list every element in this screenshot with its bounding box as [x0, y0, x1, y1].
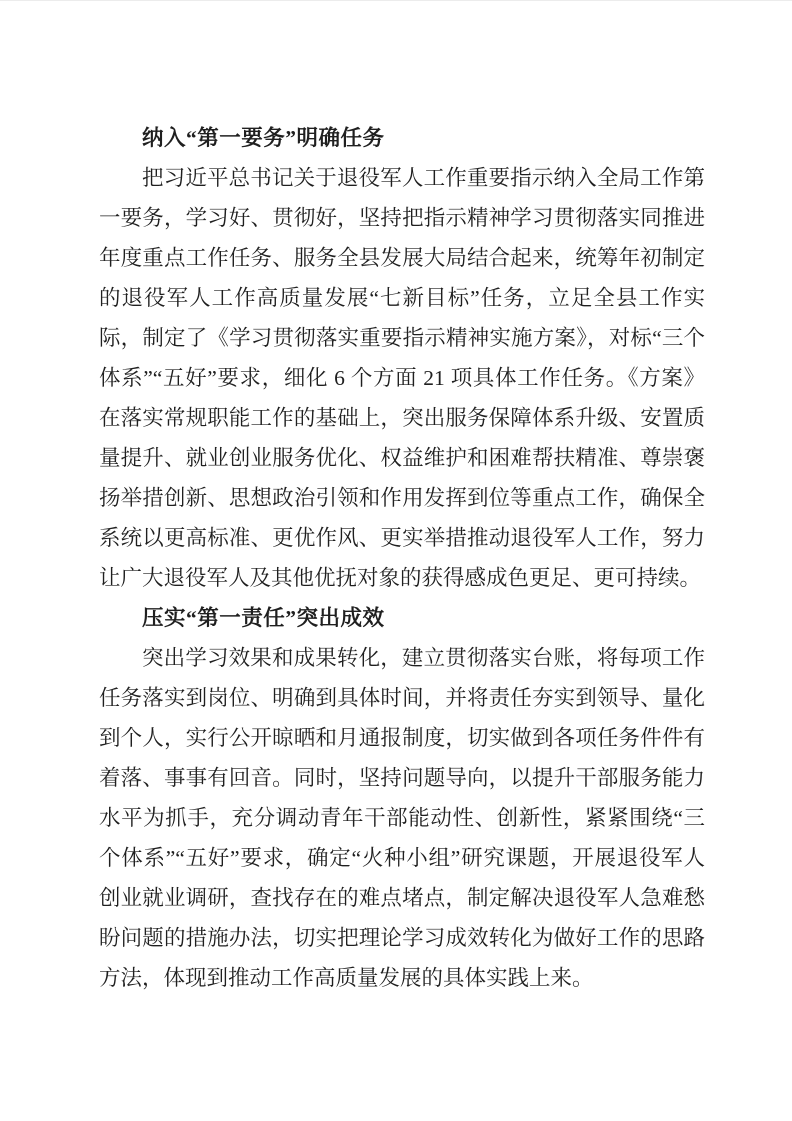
document-text: 纳入“第一要务”明确任务 把习近平总书记关于退役军人工作重要指示纳入全局工作第一… — [99, 118, 705, 998]
section-1-heading: 纳入“第一要务”明确任务 — [99, 118, 705, 158]
section-2-heading: 压实“第一责任”突出成效 — [99, 598, 705, 638]
document-page: 纳入“第一要务”明确任务 把习近平总书记关于退役军人工作重要指示纳入全局工作第一… — [0, 0, 792, 1121]
section-1-paragraph: 把习近平总书记关于退役军人工作重要指示纳入全局工作第一要务，学习好、贯彻好，坚持… — [99, 158, 705, 598]
section-2-paragraph: 突出学习效果和成果转化，建立贯彻落实台账，将每项工作任务落实到岗位、明确到具体时… — [99, 638, 705, 998]
